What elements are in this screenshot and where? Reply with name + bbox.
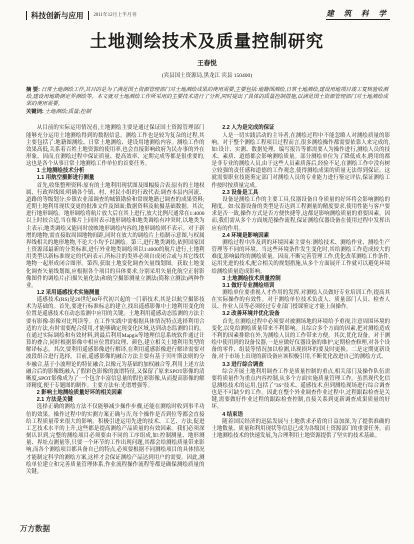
left-column: 从目前的实际运用情况看,土地测绘主要是通过保证国土资源管理部门能够充分运用土地测… xyxy=(26,125,205,476)
paragraph: 从目前的实际运用情况看,土地测绘主要是通过保证国土资源管理部门能够充分运用土地测… xyxy=(26,125,205,168)
subsection-heading: 3.1 做好专业测绘培训 xyxy=(212,283,391,290)
subsection-heading: 1.1 用航空摄影进行测量 xyxy=(26,175,205,182)
subsection-heading: 2.4 环境是影响因素 xyxy=(212,233,391,240)
abstract-text: 日常土地测绘工作,其目的是为了满足国土资源管理部门对土地测绘成果的使用需要,主要… xyxy=(26,87,388,107)
author-affiliation: (宾县国土资源局,黑龙江 宾县 150400) xyxy=(0,71,414,79)
subsection-heading: 2.3 设备是工具 xyxy=(212,190,391,197)
paragraph: 首先,收集整理资料:原有的土地利用现状图及图幅接合表;原有的土地权属、行政界线图… xyxy=(26,183,205,290)
subsection-heading: 2.2 人为是完成的保证 xyxy=(212,125,391,132)
paragraph: 综合开展土地利用调查工作是质量控制的重点,相关部门及操作队伍需要将质量作为重点内… xyxy=(212,369,391,412)
paragraph: 测绘单位要重视人才作用的发挥,对测绘人员做好专业培训工作,提高其在实际操作的有效… xyxy=(212,290,391,311)
body-columns: 从目前的实际运用情况看,土地测绘主要是通过保证国土资源管理部门能够充分运用土地测… xyxy=(26,125,390,476)
keywords: 关键词: 土地测绘;质量;控制 xyxy=(26,109,388,116)
paragraph: 设备是测绘工作的主要工具,仪器设备自身质量的好坏将会影响测绘的精度。如:仪器设备… xyxy=(212,197,391,233)
paragraph: 人是一切实践活动的主导者,在测绘过程中不能忽略人对测绘质量的影响。对于整个测绘工… xyxy=(212,133,391,190)
subsection-heading: 3.2 改善环境并优化设备 xyxy=(212,311,391,318)
category-label: 建 筑 科 学 xyxy=(326,9,390,20)
paper-page: 科技创新与应用 2011年12月上半月刊 建 筑 科 学 土地测绘技术及质量控制… xyxy=(0,0,414,544)
paragraph: 遥感技术(RS)是20世纪60年代初兴起的一门新技术,其是以航空摄影技术为基础的… xyxy=(26,297,205,390)
subsection-heading: 3.3 进行综合调查 xyxy=(212,362,391,369)
paragraph: 首先,在测绘过程中必须要对被测场地的环境给予重视,注意周围环境的变化,以免给测绘… xyxy=(212,319,391,362)
header-left: 科技创新与应用 2011年12月上半月刊 xyxy=(26,11,137,20)
abstract-label: 摘 要: xyxy=(26,87,40,93)
author-name: 王春悦 xyxy=(0,58,414,67)
section-heading: 3 土地测绘技术质量控制 xyxy=(212,276,391,283)
page-header: 科技创新与应用 2011年12月上半月刊 建 筑 科 学 xyxy=(26,9,390,20)
right-column: 2.2 人为是完成的保证 人是一切实践活动的主导者,在测绘过程中不能忽略人对测绘… xyxy=(212,125,391,476)
wanfang-watermark: 万方数据 xyxy=(20,523,50,534)
issue-info: 2011年12月上半月刊 xyxy=(94,12,137,20)
paragraph: 测绘过程中涉及到的环境因素主要有:测绘技术、测绘作业、测绘生产管理等不同的环境。… xyxy=(212,240,391,276)
paper-title: 土地测绘技术及质量控制研究 xyxy=(0,27,414,52)
section-heading: 4 结束语 xyxy=(212,412,391,419)
paragraph: 随着国民经济的迅猛发展与土地供求矛盾的日益加深,为了提供准确的土地数量、质量和利… xyxy=(212,419,391,440)
paragraph: 选择正确的测绘方法不仅能够减少操作步骤,还能在测绘时收到事半功倍的效果。操作过程… xyxy=(26,404,205,476)
keywords-label: 关键词: xyxy=(26,109,44,115)
keywords-text: 土地测绘;质量;控制 xyxy=(45,109,91,115)
abstract: 摘 要: 日常土地测绘工作,其目的是为了满足国土资源管理部门对土地测绘成果的使用… xyxy=(26,87,388,108)
journal-name: 科技创新与应用 xyxy=(26,11,89,20)
